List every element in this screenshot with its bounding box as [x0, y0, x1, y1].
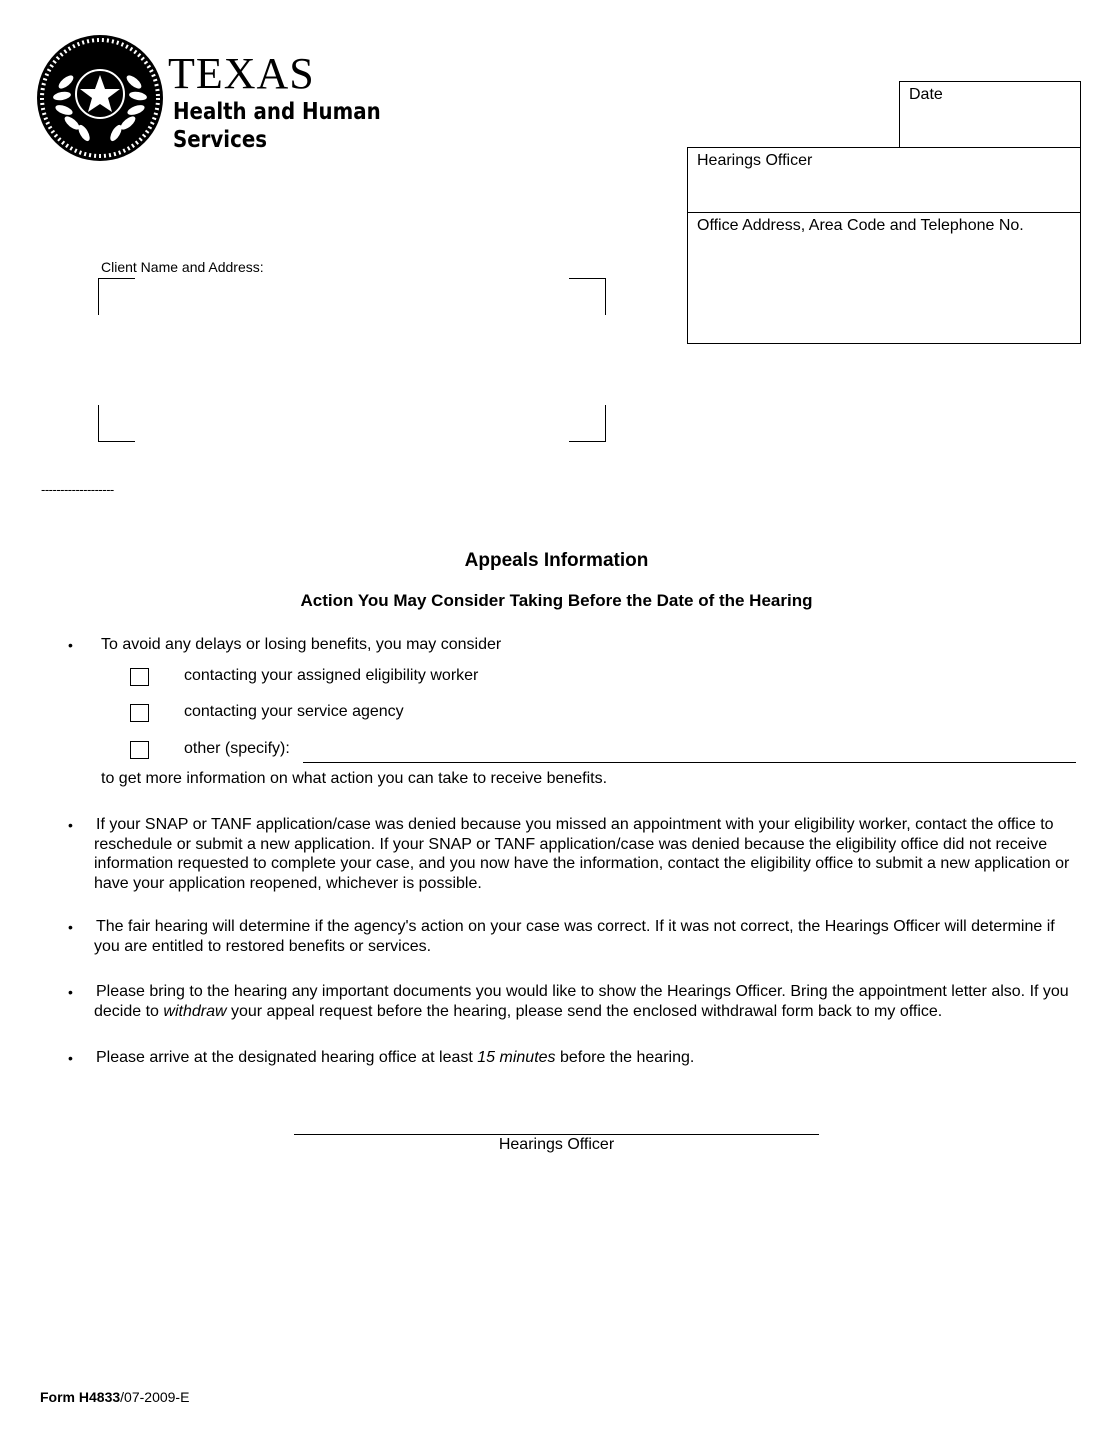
logo-line-3: Services — [173, 126, 381, 154]
fold-separator: ------------------- — [41, 482, 114, 497]
intro-tail-text: to get more information on what action y… — [101, 770, 607, 788]
text-segment: Please arrive at the designated hearing … — [96, 1049, 477, 1066]
corner-mark — [98, 405, 135, 442]
option-label: contacting your service agency — [184, 703, 404, 721]
option-label: contacting your assigned eligibility wor… — [184, 667, 478, 685]
checkbox-other[interactable] — [130, 741, 149, 759]
page-title: Appeals Information — [0, 550, 1113, 572]
hearings-officer-field[interactable]: Hearings Officer — [687, 147, 1081, 213]
logo-line-2: Health and Human — [173, 98, 381, 126]
option-label: other (specify): — [184, 740, 290, 758]
bullet-text: Please bring to the hearing any importan… — [94, 982, 1084, 1021]
bullet-icon: • — [68, 984, 73, 1000]
logo-texas-text: TEXAS — [168, 52, 315, 96]
signature-line[interactable] — [294, 1134, 819, 1135]
checkbox-eligibility-worker[interactable] — [130, 668, 149, 686]
hearings-officer-label: Hearings Officer — [697, 152, 812, 170]
emphasis-text: 15 minutes — [477, 1049, 555, 1066]
section-subtitle: Action You May Consider Taking Before th… — [0, 591, 1113, 611]
other-specify-input[interactable] — [303, 762, 1076, 763]
corner-mark — [569, 405, 606, 442]
bullet-icon: • — [68, 1050, 73, 1066]
date-label: Date — [909, 86, 943, 104]
bullet-text: If your SNAP or TANF application/case wa… — [94, 815, 1084, 893]
checkbox-service-agency[interactable] — [130, 704, 149, 722]
bullet-icon: • — [68, 637, 73, 653]
client-name-address-label: Client Name and Address: — [101, 259, 264, 275]
office-address-label: Office Address, Area Code and Telephone … — [697, 217, 1024, 235]
bullet-text: The fair hearing will determine if the a… — [94, 917, 1084, 956]
emphasis-text: withdraw — [163, 1003, 226, 1020]
text-segment: before the hearing. — [556, 1049, 695, 1066]
text-segment: your appeal request before the hearing, … — [227, 1003, 943, 1020]
texas-seal-icon — [36, 34, 164, 162]
intro-text: To avoid any delays or losing benefits, … — [101, 636, 501, 654]
form-number: Form H4833 — [40, 1389, 120, 1405]
logo-agency-name: Health and Human Services — [173, 98, 381, 154]
date-field[interactable]: Date — [899, 81, 1081, 148]
corner-mark — [98, 278, 135, 315]
bullet-icon: • — [68, 817, 73, 833]
bullet-text: Please arrive at the designated hearing … — [94, 1048, 1084, 1068]
bullet-icon: • — [68, 919, 73, 935]
form-version: /07-2009-E — [120, 1389, 189, 1405]
signature-label: Hearings Officer — [294, 1136, 819, 1154]
office-address-field[interactable]: Office Address, Area Code and Telephone … — [687, 212, 1081, 344]
corner-mark — [569, 278, 606, 315]
form-identifier: Form H4833/07-2009-E — [40, 1389, 189, 1405]
